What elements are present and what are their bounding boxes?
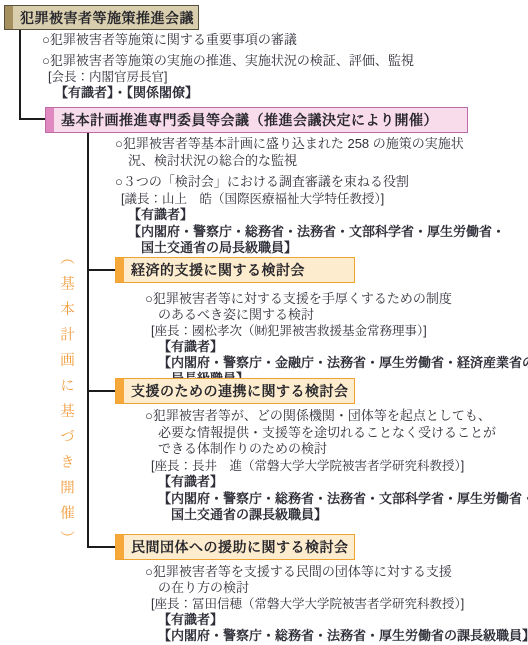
note-line: 【有識者】 [145,474,528,491]
note-line: [座長：長井 進（常磐大学大学院被害者学研究科教授）] [145,458,528,475]
note-line: 【有識者】 [145,339,528,355]
committee-coordination-title: 支援のための連携に関する検討会 [131,381,349,401]
note-line: ○犯罪被害者等を支援する民間の団体等に対する支援 [145,564,528,580]
note-line: 必要な情報提供・支援等を途切れることなく受けることが [145,425,528,442]
note-line: 【有識者】 [145,612,528,628]
note-line: [座長：國松孝次（㈶犯罪被害救援基金常務理事）] [145,323,528,339]
note-line: の在り方の検討 [145,580,528,596]
root-council-notes: ○犯罪被害者等施策に関する重要事項の審議 ○犯罪被害者等施策の実施の推進、実施状… [42,32,414,101]
org-diagram-canvas: 犯罪被害者等施策推進会議 ○犯罪被害者等施策に関する重要事項の審議 ○犯罪被害者… [0,0,528,645]
note-line: 国土交通省の局長級職員】 [115,240,505,257]
note-line: 【内閣府・警察庁・総務省・法務省・文部科学省・厚生労働省・ [145,491,528,508]
note-line: ○犯罪被害者等施策に関する重要事項の審議 [42,32,414,48]
root-box-accent-stripe [5,6,13,29]
committee-economic-notes: ○犯罪被害者等に対する支援を手厚くするための制度 のあるべき姿に関する検討 [座… [145,291,528,387]
note-line: ○３つの「検討会」における調査審議を束ねる役割 [115,174,505,191]
committee-box-economic: 経済的支援に関する検討会 [115,257,355,283]
note-line: 【内閣府・警察庁・総務省・法務省・厚生労働省の課長級職員】 [145,628,528,644]
expert-committee-accent-stripe [46,108,54,132]
note-line: [会長：内閣官房長官] [42,69,414,85]
expert-committee-box: 基本計画推進専門委員等会議（推進会議決定により開催） [45,107,468,133]
connector-root-elbow [19,118,46,120]
committee-private-aid-notes: ○犯罪被害者等を支援する民間の団体等に対する支援 の在り方の検討 [座長：冨田信… [145,564,528,644]
note-line: 【内閣府・警察庁・金融庁・法務省・厚生労働省・経済産業省の [145,355,528,371]
connector-branch-coordination [88,390,116,392]
note-line: ○犯罪被害者等が、どの関係機関・団体等を起点としても、 [145,408,528,425]
basic-plan-vertical-note: （基本計画に基づき開催） [56,250,77,550]
root-council-box: 犯罪被害者等施策推進会議 [4,5,199,30]
note-line: 国土交通省の課長級職員】 [145,507,528,524]
committee-economic-accent-stripe [116,258,124,282]
note-line: ○犯罪被害者等に対する支援を手厚くするための制度 [145,291,528,307]
expert-committee-notes: ○犯罪被害者等基本計画に盛り込まれた 258 の施策の実施状 況、検討状況の総合… [115,136,505,257]
connector-branch-private [88,546,116,548]
note-line: のあるべき姿に関する検討 [145,307,528,323]
root-council-title: 犯罪被害者等施策推進会議 [20,8,194,28]
connector-council-trunk [87,133,89,548]
note-line: 【有識者】・【関係閣僚】 [42,85,414,101]
committee-coordination-accent-stripe [116,379,124,403]
note-line: ○犯罪被害者等施策の実施の推進、実施状況の検証、評価、監視 [42,53,414,69]
expert-committee-title: 基本計画推進専門委員等会議（推進会議決定により開催） [61,110,438,130]
connector-root-vertical [19,30,21,120]
committee-box-coordination: 支援のための連携に関する検討会 [115,378,355,404]
committee-private-aid-title: 民間団体への援助に関する検討会 [131,537,349,557]
note-line: ○犯罪被害者等基本計画に盛り込まれた 258 の施策の実施状 [115,136,505,153]
note-line: [議長：山上 皓（国際医療福祉大学特任教授）] [115,191,505,208]
note-line: できる体制作りのための検討 [145,441,528,458]
committee-economic-title: 経済的支援に関する検討会 [131,260,305,280]
connector-branch-economic [88,269,116,271]
note-line: 【有識者】 [115,207,505,224]
committee-box-private-aid: 民間団体への援助に関する検討会 [115,534,355,560]
committee-coordination-notes: ○犯罪被害者等が、どの関係機関・団体等を起点としても、 必要な情報提供・支援等を… [145,408,528,524]
note-line: 況、検討状況の総合的な監視 [115,153,505,170]
note-line: 【内閣府・警察庁・総務省・法務省・文部科学省・厚生労働省・ [115,224,505,241]
note-line: [座長：冨田信穂（常磐大学大学院被害者学研究科教授）] [145,596,528,612]
committee-private-aid-accent-stripe [116,535,124,559]
